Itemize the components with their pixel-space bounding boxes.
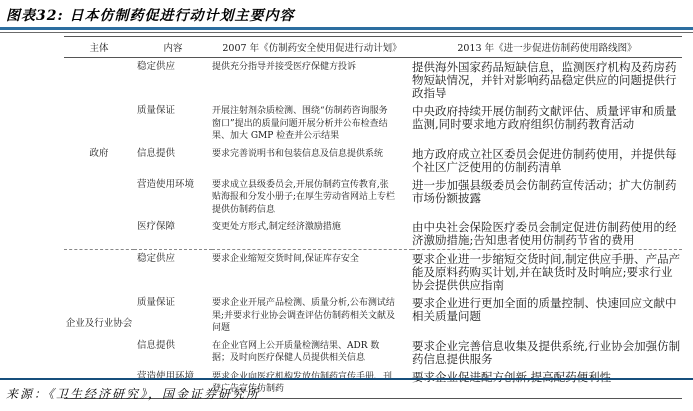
table-row: 质量保证开展注射剂杂质检测、围绕“仿制药咨询服务窗口”提出的质量问题开展分析并公…: [64, 102, 682, 145]
plan-2007-cell: 开展注射剂杂质检测、围绕“仿制药咨询服务窗口”提出的质量问题开展分析并公布检查结…: [212, 102, 412, 145]
header-subject: 主体: [64, 37, 134, 58]
plan-2007-cell: 要求企业开展产品检测、质量分析,公布测试结果;并要求行业协会调查评估仿制药相关文…: [212, 294, 412, 337]
subject-cell: 政府: [64, 58, 134, 250]
content-cell: 信息提供: [134, 145, 212, 176]
plan-2013-cell: 由中央社会保险医疗委员会制定促进仿制药使用的经济激励措施;告知患者使用仿制药节省…: [412, 218, 682, 250]
plan-2013-cell: 中央政府持续开展仿制药文献评估、质量评审和质量监测,同时要求地方政府组织仿制药教…: [412, 102, 682, 145]
content-cell: 信息提供: [134, 337, 212, 368]
plan-2013-cell: 要求企业促进配方创新,提高配药便利性: [412, 368, 682, 399]
plan-2007-cell: 提供充分指导并接受医疗保健方投诉: [212, 58, 412, 103]
plan-2013-cell: 地方政府成立社区委员会促进仿制药使用，并提供每个社区广泛使用的仿制药清单: [412, 145, 682, 176]
plan-2013-cell: 进一步加强县级委员会仿制药宣传活动；扩大仿制药市场份额披露: [412, 176, 682, 219]
table-row: 信息提供要求完善说明书和包装信息及信息提供系统地方政府成立社区委员会促进仿制药使…: [64, 145, 682, 176]
plan-2007-cell: 变更处方形式,制定经济激励措施: [212, 218, 412, 250]
bottom-rule: [0, 378, 693, 380]
subject-cell: 企业及行业协会: [64, 250, 134, 399]
plan-2007-cell: 要求企业缩短交货时间,保证库存安全: [212, 250, 412, 295]
table-row: 政府稳定供应提供充分指导并接受医疗保健方投诉提供海外国家药品短缺信息，监测医疗机…: [64, 58, 682, 103]
title-underline-blue: [0, 27, 693, 30]
figure-title: 图表32: 日本仿制药促进行动计划主要内容: [6, 5, 295, 25]
plan-2007-cell: 在企业官网上公开质量检测结果、ADR 数据；及时向医疗保健人员提供相关信息: [212, 337, 412, 368]
content-cell: 稳定供应: [134, 58, 212, 103]
plan-2013-cell: 要求企业进一步缩短交货时间,制定供应手册、产品产能及原料药购买计划,并在缺货时及…: [412, 250, 682, 295]
table-row: 营造使用环境要求成立县级委员会,开展仿制药宣传教育,张贴海报和分发小册子;在厚生…: [64, 176, 682, 219]
table-row: 企业及行业协会稳定供应要求企业缩短交货时间,保证库存安全要求企业进一步缩短交货时…: [64, 250, 682, 295]
plan-2013-cell: 要求企业进行更加全面的质量控制、快速回应文献中相关质量问题: [412, 294, 682, 337]
content-cell: 质量保证: [134, 294, 212, 337]
report-figure-page: 图表32: 日本仿制药促进行动计划主要内容 主体 内容 2007 年《仿制药安全…: [0, 0, 693, 411]
content-cell: 稳定供应: [134, 250, 212, 295]
table-row: 医疗保障变更处方形式,制定经济激励措施由中央社会保险医疗委员会制定促进仿制药使用…: [64, 218, 682, 250]
header-plan-2013: 2013 年《进一步促进仿制药使用路线图》: [412, 37, 682, 58]
title-underline-gray: [0, 32, 693, 33]
table-row: 质量保证要求企业开展产品检测、质量分析,公布测试结果;并要求行业协会调查评估仿制…: [64, 294, 682, 337]
content-cell: 医疗保障: [134, 218, 212, 250]
table-row: 信息提供在企业官网上公开质量检测结果、ADR 数据；及时向医疗保健人员提供相关信…: [64, 337, 682, 368]
plan-2013-cell: 要求企业完善信息收集及提供系统,行业协会加强仿制药信息提供服务: [412, 337, 682, 368]
header-plan-2007: 2007 年《仿制药安全使用促进行动计划》: [212, 37, 412, 58]
table-header: 主体 内容 2007 年《仿制药安全使用促进行动计划》 2013 年《进一步促进…: [64, 37, 682, 58]
content-cell: 营造使用环境: [134, 176, 212, 219]
generic-drug-plan-table: 主体 内容 2007 年《仿制药安全使用促进行动计划》 2013 年《进一步促进…: [64, 36, 682, 399]
plan-2007-cell: 要求成立县级委员会,开展仿制药宣传教育,张贴海报和分发小册子;在厚生劳动省网站上…: [212, 176, 412, 219]
plan-2007-cell: 要求完善说明书和包装信息及信息提供系统: [212, 145, 412, 176]
header-content: 内容: [134, 37, 212, 58]
table-body: 政府稳定供应提供充分指导并接受医疗保健方投诉提供海外国家药品短缺信息，监测医疗机…: [64, 58, 682, 399]
plan-2013-cell: 提供海外国家药品短缺信息，监测医疗机构及药房药物短缺情况，并针对影响药品稳定供应…: [412, 58, 682, 103]
content-cell: 质量保证: [134, 102, 212, 145]
source-note: 来源：《卫生经济研究》，国金证券研究所: [6, 385, 260, 402]
table-header-row: 主体 内容 2007 年《仿制药安全使用促进行动计划》 2013 年《进一步促进…: [64, 37, 682, 58]
